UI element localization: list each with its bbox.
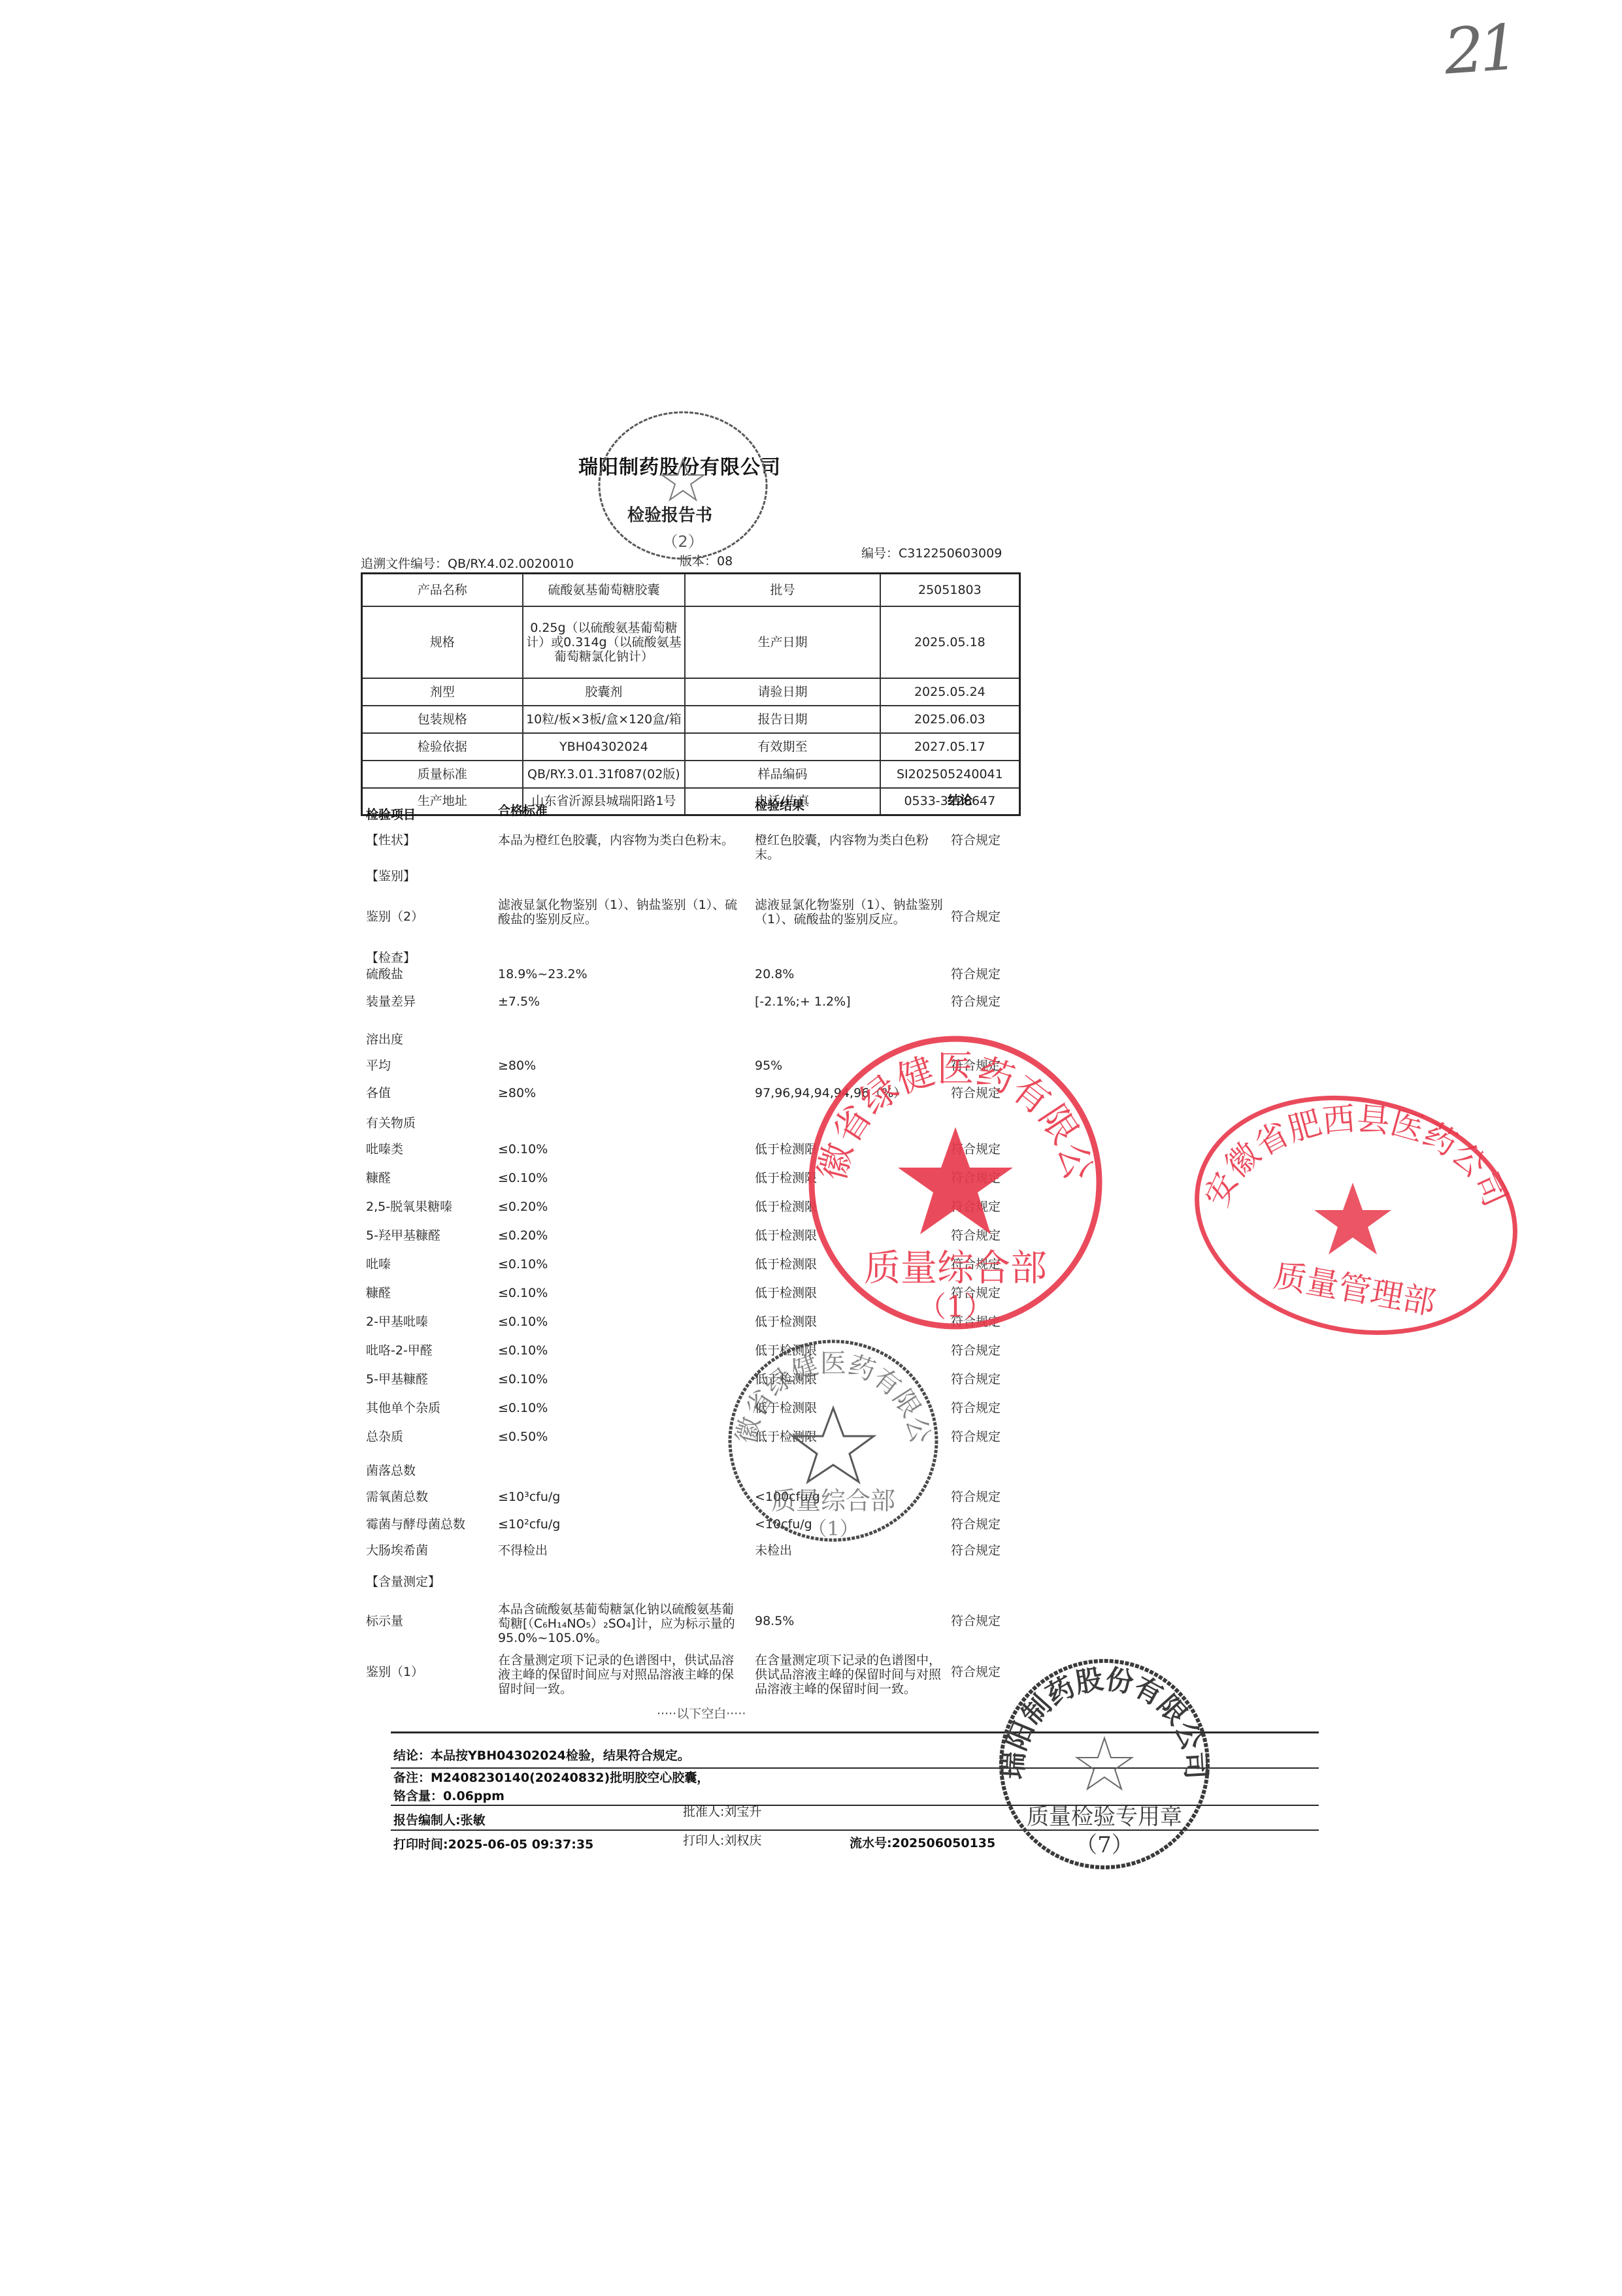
result-result: <100cfu/g [755,1490,951,1504]
version-label: 版本：08 [680,554,733,568]
product-info-table: 产品名称硫酸氨基葡萄糖胶囊批号25051803规格0.25g（以硫酸氨基葡萄糖计… [361,572,1021,816]
info-value2: 2025.05.18 [880,606,1020,678]
result-conclusion: 符合规定 [951,1200,1001,1214]
result-result: [-2.1%;+ 1.2%] [755,994,951,1009]
info-value: 硫酸氨基葡萄糖胶囊 [523,574,686,606]
result-item: 【检查】 [366,951,416,965]
result-standard: ≤0.10% [498,1401,740,1415]
info-label: 检验依据 [362,733,523,761]
result-conclusion: 符合规定 [951,994,1001,1009]
result-conclusion: 符合规定 [951,1086,1001,1100]
result-standard: 滤液显氯化物鉴别（1）、钠盐鉴别（1）、硫酸盐的鉴别反应。 [498,898,740,927]
result-item: 平均 [366,1058,391,1073]
result-item: 糠醛 [366,1286,391,1300]
result-conclusion: 符合规定 [951,1543,1001,1558]
info-label: 质量标准 [362,761,523,788]
result-conclusion: 符合规定 [951,1430,1001,1444]
result-standard: ≤0.20% [498,1228,740,1243]
info-value2: 25051803 [880,574,1020,606]
result-conclusion: 符合规定 [951,1257,1001,1271]
result-standard: 不得检出 [498,1543,740,1558]
printer: 打印人:刘权庆 [683,1833,761,1848]
result-result: 橙红色胶囊，内容物为类白色粉末。 [755,833,951,862]
result-conclusion: 符合规定 [951,1517,1001,1532]
company-name: 瑞阳制药股份有限公司 [578,451,781,480]
result-standard: ≥80% [498,1058,740,1073]
info-label2: 报告日期 [685,706,880,733]
svg-text:质量检验专用章: 质量检验专用章 [1027,1804,1182,1830]
result-result: 低于检测限 [755,1315,951,1329]
result-item: 需氧菌总数 [366,1490,428,1504]
col-header-result: 检验结果 [755,796,804,813]
serial-number: 流水号:202506050135 [850,1836,995,1850]
result-result: 未检出 [755,1543,951,1558]
result-result: 低于检测限 [755,1142,951,1156]
col-header-conclusion: 结论 [948,791,972,808]
info-label2: 请验日期 [685,678,880,706]
result-conclusion: 符合规定 [951,1665,1001,1679]
result-item: 大肠埃希菌 [366,1543,428,1558]
result-item: 菌落总数 [366,1464,416,1478]
info-label: 规格 [362,606,523,678]
result-item: 硫酸盐 [366,967,403,981]
result-conclusion: 符合规定 [951,1401,1001,1415]
info-label: 包装规格 [362,706,523,733]
result-conclusion: 符合规定 [951,1142,1001,1156]
result-standard: ≤0.10% [498,1286,740,1300]
top-seal: （2） [591,408,774,565]
info-value2: 2027.05.17 [880,733,1020,761]
result-conclusion: 符合规定 [951,1490,1001,1504]
svg-text:瑞阳制药股份有限公司: 瑞阳制药股份有限公司 [997,1663,1212,1780]
result-result: 在含量测定项下记录的色谱图中，供试品溶液主峰的保留时间与对照品溶液主峰的保留时间… [755,1653,951,1696]
result-conclusion: 符合规定 [951,833,1001,847]
info-row: 包装规格10粒/板×3板/盒×120盒/箱报告日期2025.06.03 [362,706,1020,733]
result-conclusion: 符合规定 [951,1315,1001,1329]
info-row: 质量标准QB/RY.3.01.31f087(02版)样品编码SI20250524… [362,761,1020,788]
result-result: 低于检测限 [755,1228,951,1243]
result-result: 滤液显氯化物鉴别（1）、钠盐鉴别（1）、硫酸盐的鉴别反应。 [755,898,951,927]
info-row: 生产地址山东省沂源县城瑞阳路1号电话/传真0533-3226647 [362,788,1020,815]
approver: 批准人:刘宝升 [683,1805,761,1819]
result-standard: ≤10²cfu/g [498,1517,740,1532]
red-seal-oval: 安徽省肥西县医药公司 质量管理部 [1186,1091,1526,1339]
result-result: 低于检测限 [755,1286,951,1300]
result-conclusion: 符合规定 [951,1171,1001,1185]
result-item: 【性状】 [366,833,416,847]
report-title: 检验报告书 [627,502,712,526]
info-row: 检验依据YBH04302024有效期至2027.05.17 [362,733,1020,761]
result-item: 吡嗪 [366,1257,391,1271]
result-result: 低于检测限 [755,1343,951,1358]
info-label2: 有效期至 [685,733,880,761]
svg-text:质量管理部: 质量管理部 [1271,1256,1438,1322]
info-value: 胶囊剂 [523,678,686,706]
svg-text:（7）: （7） [1075,1832,1134,1858]
result-result: 低于检测限 [755,1200,951,1214]
info-label2: 生产日期 [685,606,880,678]
info-value: QB/RY.3.01.31f087(02版) [523,761,686,788]
result-standard: ≤0.20% [498,1200,740,1214]
divider [391,1731,1319,1733]
result-conclusion: 符合规定 [951,1614,1001,1628]
result-item: 有关物质 [366,1116,416,1130]
result-item: 鉴别（2） [366,910,423,924]
report-compiler: 报告编制人:张敏 [393,1813,486,1828]
result-conclusion: 符合规定 [951,1058,1001,1073]
info-value: 0.25g（以硫酸氨基葡萄糖计）或0.314g（以硫酸氨基葡萄糖氯化钠计） [523,606,686,678]
result-standard: ≤0.10% [498,1257,740,1271]
result-standard: 18.9%~23.2% [498,967,740,981]
result-item: 2,5-脱氧果糖嗪 [366,1200,452,1214]
info-value: 10粒/板×3板/盒×120盒/箱 [523,706,686,733]
result-standard: 在含量测定项下记录的色谱图中，供试品溶液主峰的保留时间应与对照品溶液主峰的保留时… [498,1653,740,1696]
result-result: 低于检测限 [755,1401,951,1415]
col-header-item: 检验项目 [366,805,416,823]
result-standard: ±7.5% [498,994,740,1009]
result-item: 各值 [366,1086,391,1100]
result-conclusion: 符合规定 [951,1286,1001,1300]
result-item: 标示量 [366,1614,403,1628]
svg-text:安徽省绿健医药有限公司: 安徽省绿健医药有限公司 [799,1029,1100,1185]
result-standard: ≤0.10% [498,1171,740,1185]
result-item: 总杂质 [366,1430,403,1444]
result-conclusion: 符合规定 [951,1343,1001,1358]
blank-below-marker: ·····以下空白····· [657,1707,746,1721]
result-standard: ≤0.10% [498,1372,740,1386]
info-row: 剂型胶囊剂请验日期2025.05.24 [362,678,1020,706]
handwritten-page-mark: 21 [1442,10,1516,88]
info-row: 规格0.25g（以硫酸氨基葡萄糖计）或0.314g（以硫酸氨基葡萄糖氯化钠计）生… [362,606,1020,678]
info-value: YBH04302024 [523,733,686,761]
result-result: <10cfu/g [755,1517,951,1532]
svg-text:安徽省肥西县医药公司: 安徽省肥西县医药公司 [1197,1100,1515,1212]
conclusion-text: 结论：本品按YBH04302024检验，结果符合规定。 [393,1748,690,1763]
trace-doc-number: 追溯文件编号：QB/RY.4.02.0020010 [361,557,574,571]
info-value2: 2025.05.24 [880,678,1020,706]
bottom-seal: 瑞阳制药股份有限公司 质量检验专用章 （7） [993,1653,1216,1875]
result-standard: ≤0.10% [498,1142,740,1156]
result-item: 糠醛 [366,1171,391,1185]
result-item: 吡咯-2-甲醛 [366,1343,433,1358]
result-item: 2-甲基吡嗪 [366,1315,428,1329]
info-value2: SI202505240041 [880,761,1020,788]
result-item: 溶出度 [366,1032,403,1047]
result-result: 98.5% [755,1614,951,1628]
result-conclusion: 符合规定 [951,1228,1001,1243]
result-standard: ≤10³cfu/g [498,1490,740,1504]
info-value2: 2025.06.03 [880,706,1020,733]
chromium-content: 铬含量：0.06ppm [393,1789,505,1803]
result-conclusion: 符合规定 [951,1372,1001,1386]
result-standard: ≥80% [498,1086,740,1100]
info-label2: 批号 [685,574,880,606]
report-number: 编号：C312250603009 [861,546,1002,561]
result-item: 装量差异 [366,994,416,1009]
result-item: 霉菌与酵母菌总数 [366,1517,465,1532]
info-label: 产品名称 [362,574,523,606]
result-standard: 本品为橙红色胶囊，内容物为类白色粉末。 [498,833,740,847]
result-standard: ≤0.50% [498,1430,740,1444]
result-item: 吡嗪类 [366,1142,403,1156]
result-item: 其他单个杂质 [366,1401,440,1415]
col-header-standard: 合格标准 [498,801,548,819]
info-label: 剂型 [362,678,523,706]
result-result: 低于检测限 [755,1372,951,1386]
result-standard: ≤0.10% [498,1343,740,1358]
result-item: 【鉴别】 [366,869,416,883]
result-result: 低于检测限 [755,1257,951,1271]
result-conclusion: 符合规定 [951,910,1001,924]
result-result: 95% [755,1058,951,1073]
result-result: 低于检测限 [755,1430,951,1444]
result-result: 低于检测限 [755,1171,951,1185]
info-row: 产品名称硫酸氨基葡萄糖胶囊批号25051803 [362,574,1020,606]
result-standard: ≤0.10% [498,1315,740,1329]
result-standard: 本品含硫酸氨基葡萄糖氯化钠以硫酸氨基葡萄糖[（C₆H₁₄NO₅）₂SO₄]计，应… [498,1602,740,1645]
result-result: 97,96,94,94,94,96（%） [755,1086,951,1100]
info-label2: 样品编码 [685,761,880,788]
result-item: 【含量测定】 [366,1575,440,1589]
remark-text: 备注：M2408230140(20240832)批明胶空心胶囊， [393,1771,709,1785]
divider [391,1767,1319,1769]
result-item: 鉴别（1） [366,1665,423,1679]
result-result: 20.8% [755,967,951,981]
print-time: 打印时间:2025-06-05 09:37:35 [393,1837,593,1852]
divider [391,1829,1319,1831]
result-item: 5-甲基糠醛 [366,1372,428,1386]
divider [391,1805,1319,1806]
result-conclusion: 符合规定 [951,967,1001,981]
seal-number: （2） [662,533,703,551]
result-item: 5-羟甲基糠醛 [366,1228,440,1243]
